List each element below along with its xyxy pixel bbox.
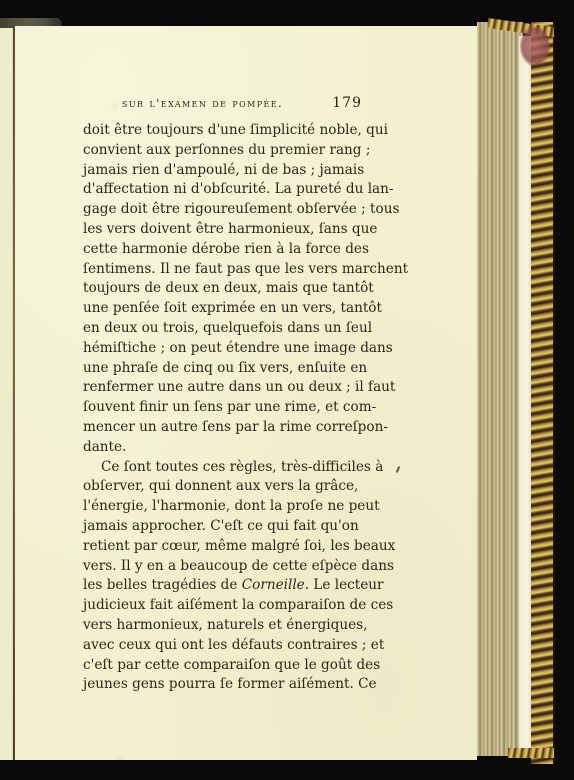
text-line: jamais approcher. C'eſt ce qui fait qu'o…: [83, 517, 355, 537]
body-text: doit être toujours d'une ſimplicité nobl…: [83, 121, 355, 695]
text-line: c'eſt par cette comparaiſon que le goût …: [83, 656, 355, 676]
text-line: vers. Il y en a beaucoup de cette eſpèce…: [83, 557, 355, 577]
text-line-with-italic: les belles tragédies de Corneille. Le le…: [83, 576, 355, 596]
text-line: convient aux perſonnes du premier rang ;: [83, 141, 355, 161]
text-line: gage doit être rigoureuſement obſervée ;…: [83, 200, 355, 220]
text-line: ſentimens. Il ne faut pas que les vers m…: [83, 260, 355, 280]
text-line: jamais rien d'ampoulé, ni de bas ; jamai…: [83, 161, 355, 181]
text-line: cette harmonie dérobe rien à la force de…: [83, 240, 355, 260]
gilt-cover-edge: [531, 22, 555, 764]
text-line: une phraſe de cinq ou ſix vers, enſuite …: [83, 359, 355, 379]
left-facing-page-edge: [0, 28, 14, 760]
text-line: avec ceux qui ont les défauts contraires…: [83, 636, 355, 656]
text-line: retient par cœur, même malgré ſoi, les b…: [83, 537, 355, 557]
paragraph-2: Ce ſont toutes ces règles, très-difficil…: [83, 458, 355, 696]
text-line: hémiſtiche ; on peut étendre une image d…: [83, 339, 355, 359]
page-stack-fore-edge: [477, 22, 523, 756]
text-line: en deux ou trois, quelquefois dans un ſe…: [83, 319, 355, 339]
text-line: les vers doivent être harmonieux, ſans q…: [83, 220, 355, 240]
text-line: l'énergie, l'harmonie, dont la proſe ne …: [83, 497, 355, 517]
marbled-corner: [520, 26, 550, 66]
text-line: dante.: [83, 438, 355, 458]
text-line: ſouvent finir un ſens par une rime, et c…: [83, 398, 355, 418]
text-line: jeunes gens pourra ſe former aiſément. C…: [83, 675, 355, 695]
running-head: SUR L'EXAMEN DE POMPÉE. 179: [122, 95, 362, 115]
paragraph-1: doit être toujours d'une ſimplicité nobl…: [83, 121, 355, 458]
text-line: mencer un autre ſens par la rime correſp…: [83, 418, 355, 438]
text-line: vers harmonieux, naturels et énergiques,: [83, 616, 355, 636]
text-line: d'affectation ni d'obſcurité. La pureté …: [83, 180, 355, 200]
text-line: judicieux fait aiſément la comparaiſon d…: [83, 596, 355, 616]
text-line: une penſée ſoit exprimée en un vers, tan…: [83, 299, 355, 319]
text-line: doit être toujours d'une ſimplicité nobl…: [83, 121, 355, 141]
text-line: renfermer une autre dans un ou deux ; il…: [83, 378, 355, 398]
running-title: SUR L'EXAMEN DE POMPÉE.: [122, 96, 283, 110]
text-line: Ce ſont toutes ces règles, très-difficil…: [83, 458, 355, 478]
page-number: 179: [332, 95, 362, 111]
gilt-cover-bottom: [508, 748, 554, 758]
text-line: toujours de deux en deux, mais que tantô…: [83, 279, 355, 299]
text-line: obſerver, qui donnent aux vers la grâce,: [83, 477, 355, 497]
italic-term: Corneille: [242, 577, 305, 593]
